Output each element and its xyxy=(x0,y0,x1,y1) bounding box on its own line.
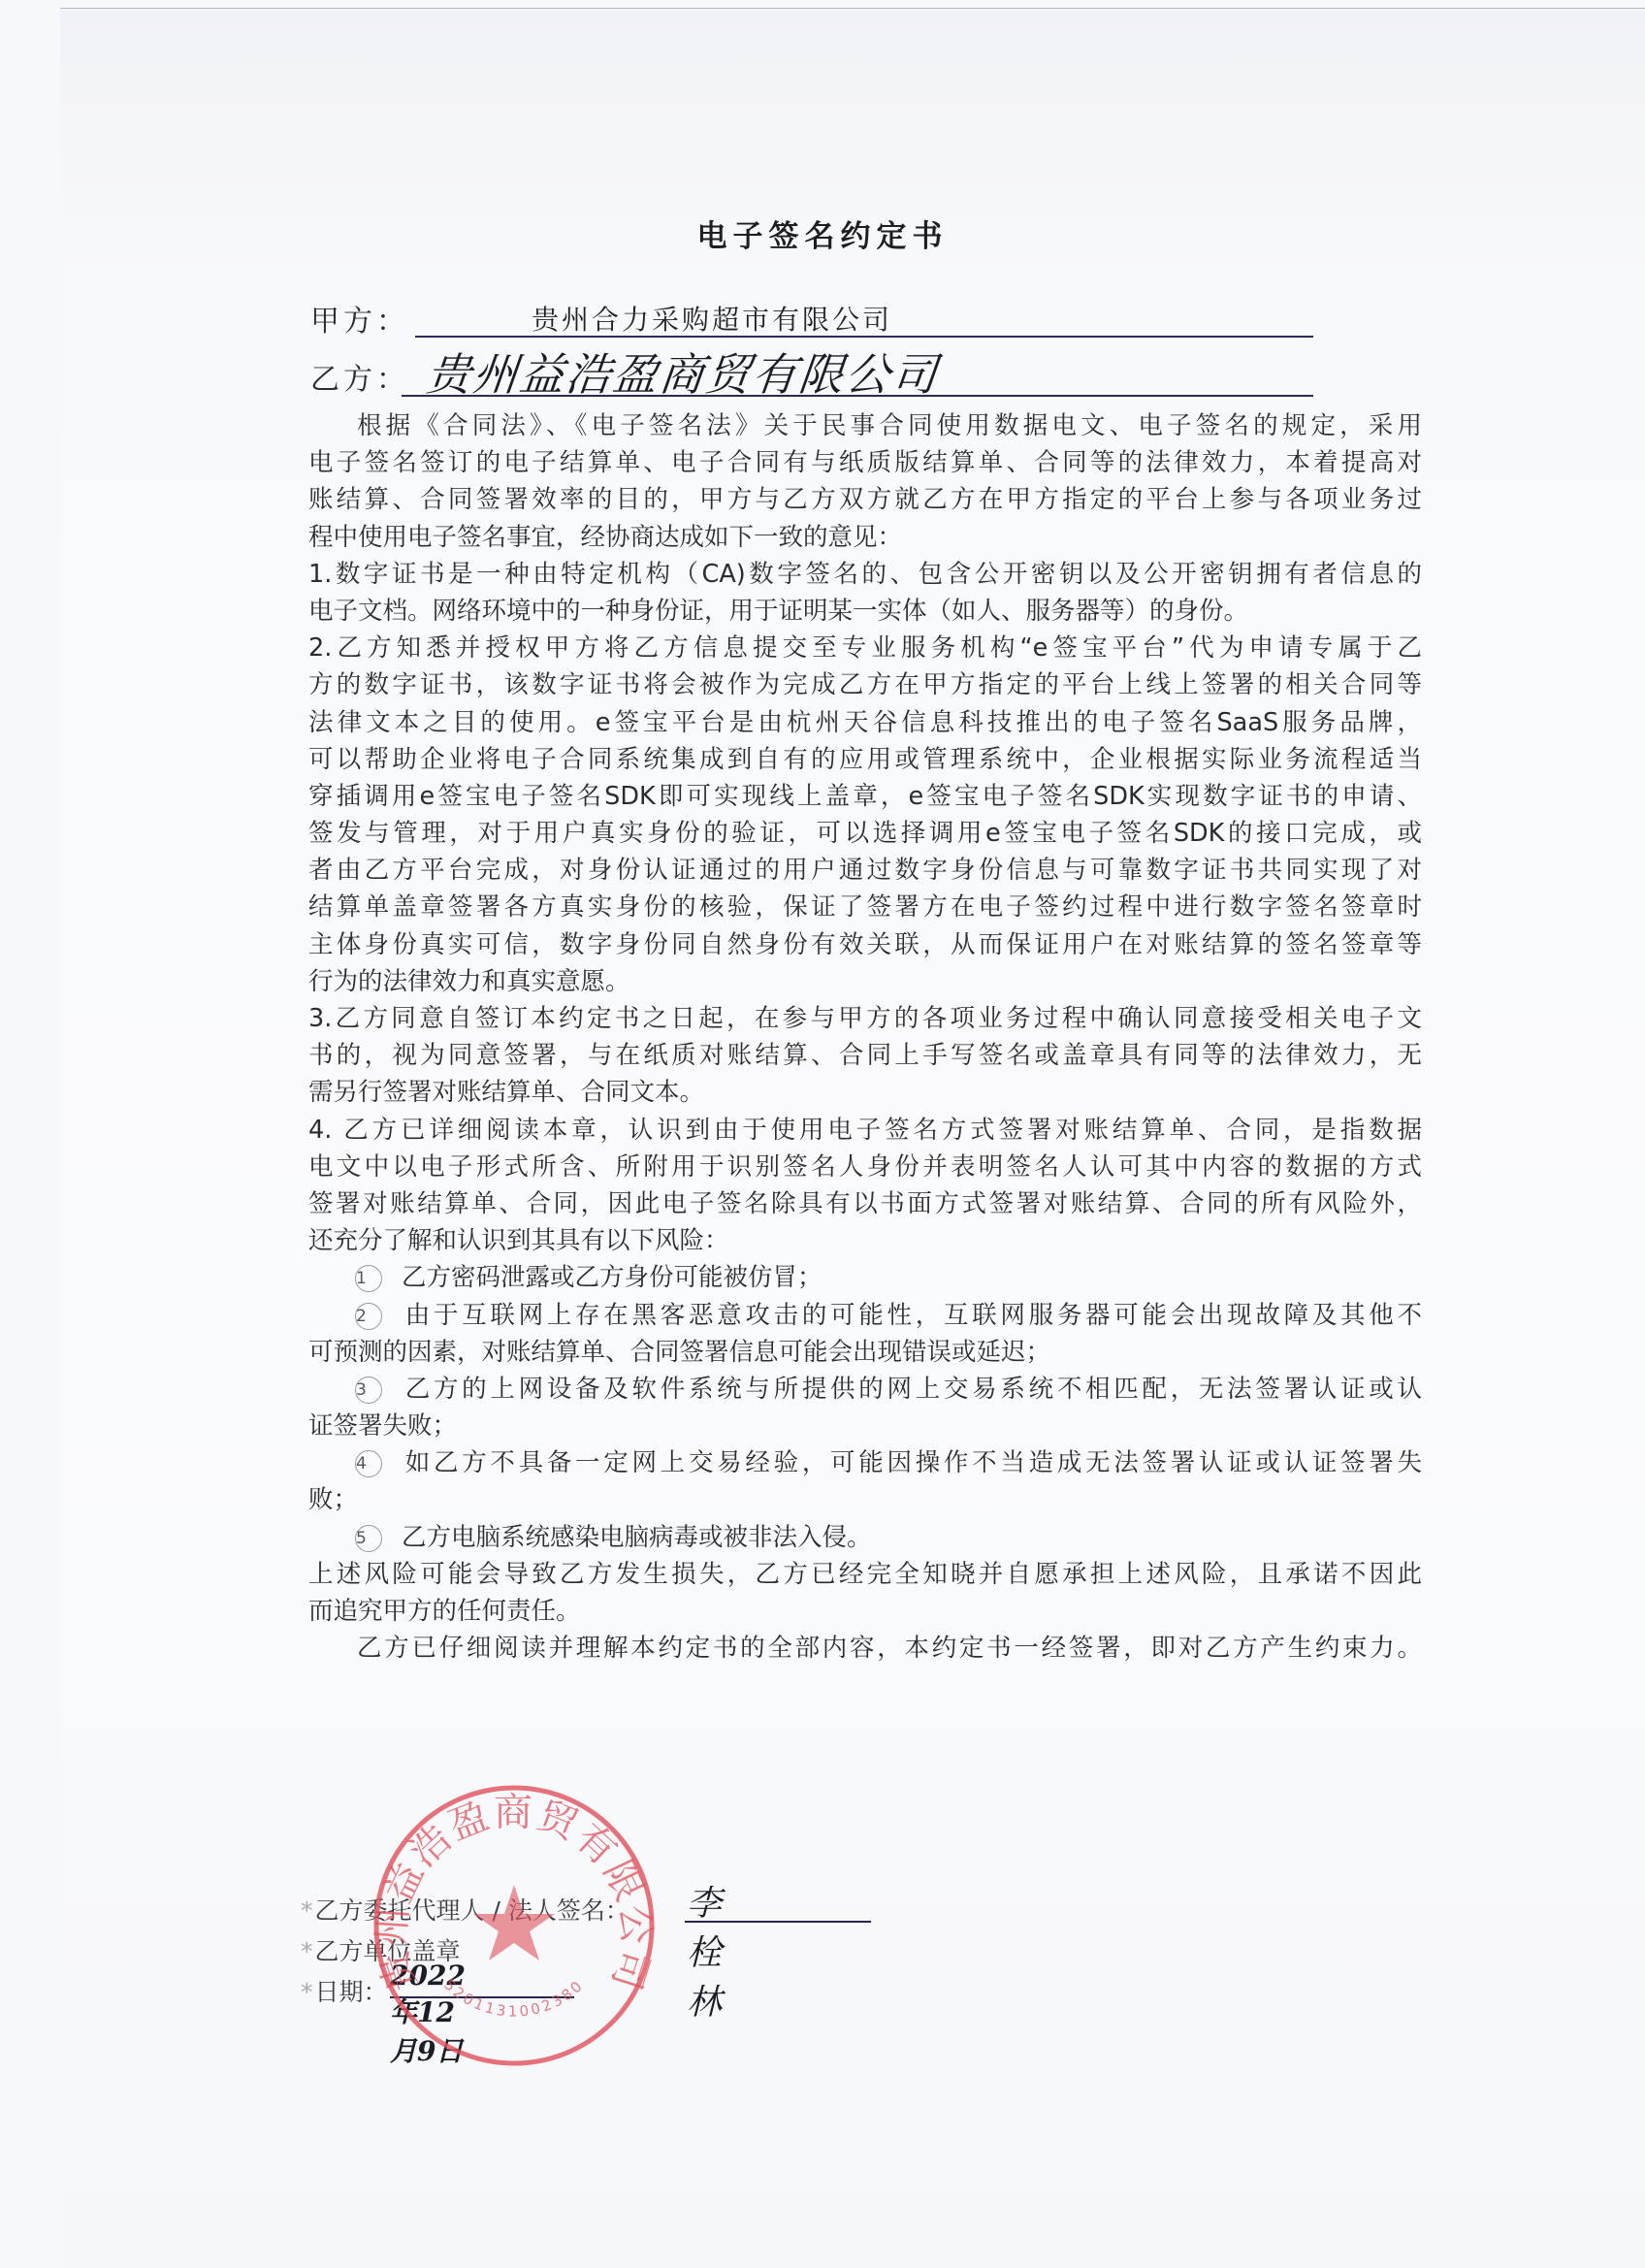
body-line: 3乙方的上网设备及软件系统与所提供的网上交易系统不相匹配，无法签署认证或认 xyxy=(308,1371,1422,1408)
body-line-text: 2.乙方知悉并授权甲方将乙方信息提交至专业服务机构“e签宝平台”代为申请专属于乙 xyxy=(308,633,1422,663)
body-line-text: 签发与管理，对于用户真实身份的验证，可以选择调用e签宝电子签名SDK的接口完成，… xyxy=(308,819,1422,848)
risk-number-badge: 4 xyxy=(355,1450,382,1477)
date-underline xyxy=(390,1996,574,1998)
document-title: 电子签名约定书 xyxy=(0,211,1645,255)
body-line-text: 上述风险可能会导致乙方发生损失，乙方已经完全知晓并自愿承担上述风险，且承诺不因此 xyxy=(308,1560,1422,1589)
date-label: 日期： xyxy=(315,1978,388,2006)
body-line-text: 主体身份真实可信，数字身份同自然身份有效关联，从而保证用户在对账结算的签名签章等 xyxy=(308,930,1422,959)
body-line-text: 由于互联网上存在黑客恶意攻击的可能性，互联网服务器可能会出现故障及其他不 xyxy=(402,1301,1422,1330)
body-line: 电子文档。网络环境中的一种身份证，用于证明某一实体（如人、服务器等）的身份。 xyxy=(308,593,1422,630)
body-line: 可以帮助企业将电子合同系统集成到自有的应用或管理系统中，企业根据实际业务流程适当 xyxy=(308,741,1422,778)
body-line: 结算单盖章签署各方真实身份的核验，保证了签署方在电子签约过程中进行数字签名签章时 xyxy=(308,889,1422,925)
body-line-text: 结算单盖章签署各方真实身份的核验，保证了签署方在电子签约过程中进行数字签名签章时 xyxy=(308,892,1422,922)
body-line: 签发与管理，对于用户真实身份的验证，可以选择调用e签宝电子签名SDK的接口完成，… xyxy=(308,815,1422,852)
body-line: 书的，视为同意签署，与在纸质对账结算、合同上手写签名或盖章具有同等的法律效力，无 xyxy=(308,1037,1422,1074)
body-line: 2.乙方知悉并授权甲方将乙方信息提交至专业服务机构“e签宝平台”代为申请专属于乙 xyxy=(308,630,1422,666)
body-line-text: 而追究甲方的任何责任。 xyxy=(308,1597,581,1626)
party-a-label: 甲方： xyxy=(310,297,409,340)
body-line-text: 还充分了解和认识到其具有以下风险： xyxy=(308,1226,729,1255)
body-line-text: 账结算、合同签署效率的目的，甲方与乙方双方就乙方在甲方指定的平台上参与各项业务过 xyxy=(308,485,1422,514)
body-line: 根据《合同法》、《电子签名法》关于民事合同使用数据电文、电子签名的规定，采用 xyxy=(308,407,1422,444)
body-line-text: 穿插调用e签宝电子签名SDK即可实现线上盖章，e签宝电子签名SDK实现数字证书的… xyxy=(308,782,1422,811)
agent-signature-label: 乙方委托代理人 / 法人签名： xyxy=(315,1896,629,1925)
body-line-text: 行为的法律效力和真实意愿。 xyxy=(308,967,630,996)
body-line-text: 签署对账结算单、合同，因此电子签名除具有以书面方式签署对账结算、合同的所有风险外… xyxy=(308,1189,1422,1218)
body-line-text: 电文中以电子形式所含、所附用于识别签名人身份并表明签名人认可其中内容的数据的方式 xyxy=(308,1152,1422,1182)
body-line-text: 可以帮助企业将电子合同系统集成到自有的应用或管理系统中，企业根据实际业务流程适当 xyxy=(308,745,1422,774)
body-line: 还充分了解和认识到其具有以下风险： xyxy=(308,1222,1422,1259)
body-line: 行为的法律效力和真实意愿。 xyxy=(308,963,1422,1000)
body-line: 需另行签署对账结算单、合同文本。 xyxy=(308,1074,1422,1111)
party-a-value: 贵州合力采购超市有限公司 xyxy=(532,299,892,338)
body-line-text: 法律文本之目的使用。e签宝平台是由杭州天谷信息科技推出的电子签名SaaS服务品牌… xyxy=(308,708,1422,737)
agent-signature-row: *乙方委托代理人 / 法人签名： xyxy=(301,1892,629,1927)
body-line: 败； xyxy=(308,1481,1422,1518)
body-line: 4如乙方不具备一定网上交易经验，可能因操作不当造成无法签署认证或认证签署失 xyxy=(308,1444,1422,1481)
body-line-text: 可预测的因素，对账结算单、合同签署信息可能会出现错误或延迟； xyxy=(308,1338,1050,1367)
body-line: 可预测的因素，对账结算单、合同签署信息可能会出现错误或延迟； xyxy=(308,1334,1422,1371)
body-line: 者由乙方平台完成，对身份认证通过的用户通过数字身份信息与可靠数字证书共同实现了对 xyxy=(308,852,1422,889)
agent-signature-value: 李栓林 xyxy=(687,1876,722,2025)
required-mark: * xyxy=(301,1937,313,1965)
body-line-text: 方的数字证书，该数字证书将会被作为完成乙方在甲方指定的平台上线上签署的相关合同等 xyxy=(308,670,1422,699)
body-line-text: 4. 乙方已详细阅读本章，认识到由于使用电子签名方式签署对账结算单、合同，是指数… xyxy=(308,1116,1422,1145)
body-line: 2由于互联网上存在黑客恶意攻击的可能性，互联网服务器可能会出现故障及其他不 xyxy=(308,1297,1422,1334)
body-line: 1.数字证书是一种由特定机构（CA)数字签名的、包含公开密钥以及公开密钥拥有者信… xyxy=(308,556,1422,593)
party-b-label: 乙方： xyxy=(310,355,409,398)
body-line: 主体身份真实可信，数字身份同自然身份有效关联，从而保证用户在对账结算的签名签章等 xyxy=(308,926,1422,963)
agreement-body: 根据《合同法》、《电子签名法》关于民事合同使用数据电文、电子签名的规定，采用电子… xyxy=(308,407,1422,1667)
body-line-text: 书的，视为同意签署，与在纸质对账结算、合同上手写签名或盖章具有同等的法律效力，无 xyxy=(308,1041,1422,1070)
body-line: 电子签名签订的电子结算单、电子合同有与纸质版结算单、合同等的法律效力，本着提高对 xyxy=(308,444,1422,481)
body-line-text: 乙方的上网设备及软件系统与所提供的网上交易系统不相匹配，无法签署认证或认 xyxy=(402,1375,1422,1404)
risk-number-badge: 3 xyxy=(355,1377,382,1404)
body-line-text: 电子签名签订的电子结算单、电子合同有与纸质版结算单、合同等的法律效力，本着提高对 xyxy=(308,448,1422,477)
body-line: 而追究甲方的任何责任。 xyxy=(308,1593,1422,1630)
body-line: 穿插调用e签宝电子签名SDK即可实现线上盖章，e签宝电子签名SDK实现数字证书的… xyxy=(308,778,1422,815)
body-line: 上述风险可能会导致乙方发生损失，乙方已经完全知晓并自愿承担上述风险，且承诺不因此 xyxy=(308,1556,1422,1593)
body-line-text: 乙方已仔细阅读并理解本约定书的全部内容，本约定书一经签署，即对乙方产生约束力。 xyxy=(357,1634,1422,1663)
body-line-text: 程中使用电子签名事宜，经协商达成如下一致的意见： xyxy=(308,523,902,552)
body-line-text: 证签署失败； xyxy=(308,1411,457,1441)
body-line-text: 败； xyxy=(308,1485,358,1514)
body-line: 电文中以电子形式所含、所附用于识别签名人身份并表明签名人认可其中内容的数据的方式 xyxy=(308,1149,1422,1185)
date-row: *日期： xyxy=(301,1973,388,2008)
body-line: 乙方已仔细阅读并理解本约定书的全部内容，本约定书一经签署，即对乙方产生约束力。 xyxy=(308,1630,1422,1667)
body-line: 签署对账结算单、合同，因此电子签名除具有以书面方式签署对账结算、合同的所有风险外… xyxy=(308,1185,1422,1222)
body-line: 程中使用电子签名事宜，经协商达成如下一致的意见： xyxy=(308,519,1422,556)
party-b-underline xyxy=(402,395,1313,397)
body-line: 1乙方密码泄露或乙方身份可能被仿冒； xyxy=(308,1259,1422,1296)
body-line-text: 根据《合同法》、《电子签名法》关于民事合同使用数据电文、电子签名的规定，采用 xyxy=(357,411,1422,440)
body-line: 证签署失败； xyxy=(308,1408,1422,1444)
body-line: 4. 乙方已详细阅读本章，认识到由于使用电子签名方式签署对账结算单、合同，是指数… xyxy=(308,1112,1422,1149)
body-line-text: 乙方电脑系统感染电脑病毒或被非法入侵。 xyxy=(402,1523,872,1552)
body-line-text: 需另行签署对账结算单、合同文本。 xyxy=(308,1078,704,1107)
body-line: 法律文本之目的使用。e签宝平台是由杭州天谷信息科技推出的电子签名SaaS服务品牌… xyxy=(308,704,1422,741)
body-line-text: 乙方密码泄露或乙方身份可能被仿冒； xyxy=(402,1263,822,1292)
agent-signature-underline xyxy=(685,1921,871,1923)
body-line-text: 者由乙方平台完成，对身份认证通过的用户通过数字身份信息与可靠数字证书共同实现了对 xyxy=(308,856,1422,885)
body-line: 账结算、合同签署效率的目的，甲方与乙方双方就乙方在甲方指定的平台上参与各项业务过 xyxy=(308,481,1422,518)
body-line-text: 1.数字证书是一种由特定机构（CA)数字签名的、包含公开密钥以及公开密钥拥有者信… xyxy=(308,560,1422,589)
required-mark: * xyxy=(301,1978,313,2006)
date-handwritten-value: 2022年12月9日 xyxy=(390,1960,466,2069)
body-line: 方的数字证书，该数字证书将会被作为完成乙方在甲方指定的平台上线上签署的相关合同等 xyxy=(308,666,1422,703)
risk-number-badge: 2 xyxy=(355,1303,382,1330)
body-line-text: 3.乙方同意自签订本约定书之日起，在参与甲方的各项业务过程中确认同意接受相关电子… xyxy=(308,1004,1422,1033)
body-line: 3.乙方同意自签订本约定书之日起，在参与甲方的各项业务过程中确认同意接受相关电子… xyxy=(308,1000,1422,1037)
risk-number-badge: 5 xyxy=(355,1525,382,1552)
body-line-text: 电子文档。网络环境中的一种身份证，用于证明某一实体（如人、服务器等）的身份。 xyxy=(308,597,1248,626)
risk-number-badge: 1 xyxy=(355,1265,382,1292)
body-line: 5乙方电脑系统感染电脑病毒或被非法入侵。 xyxy=(308,1519,1422,1556)
body-line-text: 如乙方不具备一定网上交易经验，可能因操作不当造成无法签署认证或认证签署失 xyxy=(402,1448,1422,1477)
required-mark: * xyxy=(301,1896,313,1925)
party-a-underline xyxy=(415,336,1313,338)
